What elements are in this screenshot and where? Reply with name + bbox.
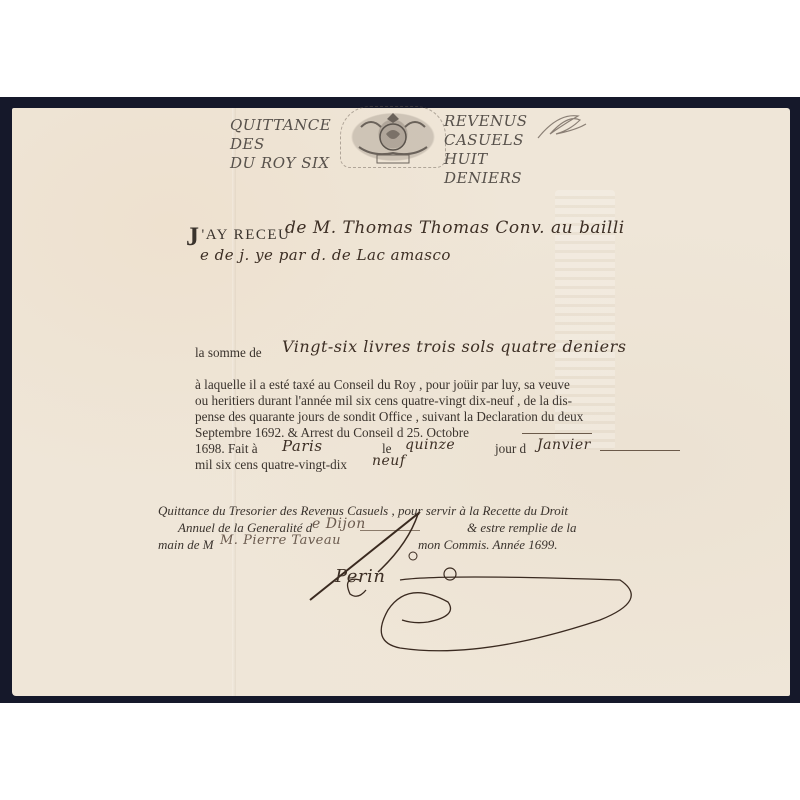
heading-rest: 'AY RECEU <box>202 227 291 243</box>
stamp-left-line2: Du Roy six <box>230 154 340 173</box>
stamp-left-line1: Quittance des <box>230 116 340 154</box>
body-line-3: pense des quarante jours de sondit Offic… <box>195 409 583 425</box>
handwritten-amount: Vingt-six livres trois sols quatre denie… <box>282 337 626 356</box>
handwritten-month: Janvier <box>537 437 591 453</box>
handwritten-place: Paris <box>282 437 323 455</box>
handwritten-payer-line1: de M. Thomas Thomas Conv. au bailli <box>285 218 625 238</box>
fill-rule-octobre <box>522 433 592 434</box>
body-line-6-prefix: mil six cens quatre-vingt-dix <box>195 457 347 473</box>
body-line-5-prefix: 1698. Fait à <box>195 441 258 457</box>
stamp-header: Quittance des Du Roy six Revenus Casuels… <box>222 106 542 168</box>
body-line-1: à laquelle il a esté taxé au Conseil du … <box>195 377 570 393</box>
royal-crest-icon <box>340 106 446 168</box>
handwritten-year-suffix: neuf <box>372 453 406 469</box>
handwritten-payer-line2: e de j. ye par d. de Lac amasco <box>200 246 451 264</box>
somme-label: la somme de <box>195 345 262 361</box>
fill-rule-month <box>600 450 680 451</box>
body-line-2: ou heritiers durant l'année mil six cens… <box>195 393 572 409</box>
footer-line-3-prefix: main de M <box>158 536 214 553</box>
heading-initial: J <box>186 222 201 251</box>
handwritten-signature: Perin <box>335 566 385 587</box>
handwritten-day: quinze <box>405 437 455 453</box>
flourish-paraph-icon <box>534 108 594 148</box>
stamp-right-line2: Huit Deniers <box>444 150 554 188</box>
body-line-5-jour: jour d <box>495 441 526 457</box>
crest-drawing-icon <box>341 107 445 167</box>
stamp-left-text: Quittance des Du Roy six <box>230 116 340 173</box>
